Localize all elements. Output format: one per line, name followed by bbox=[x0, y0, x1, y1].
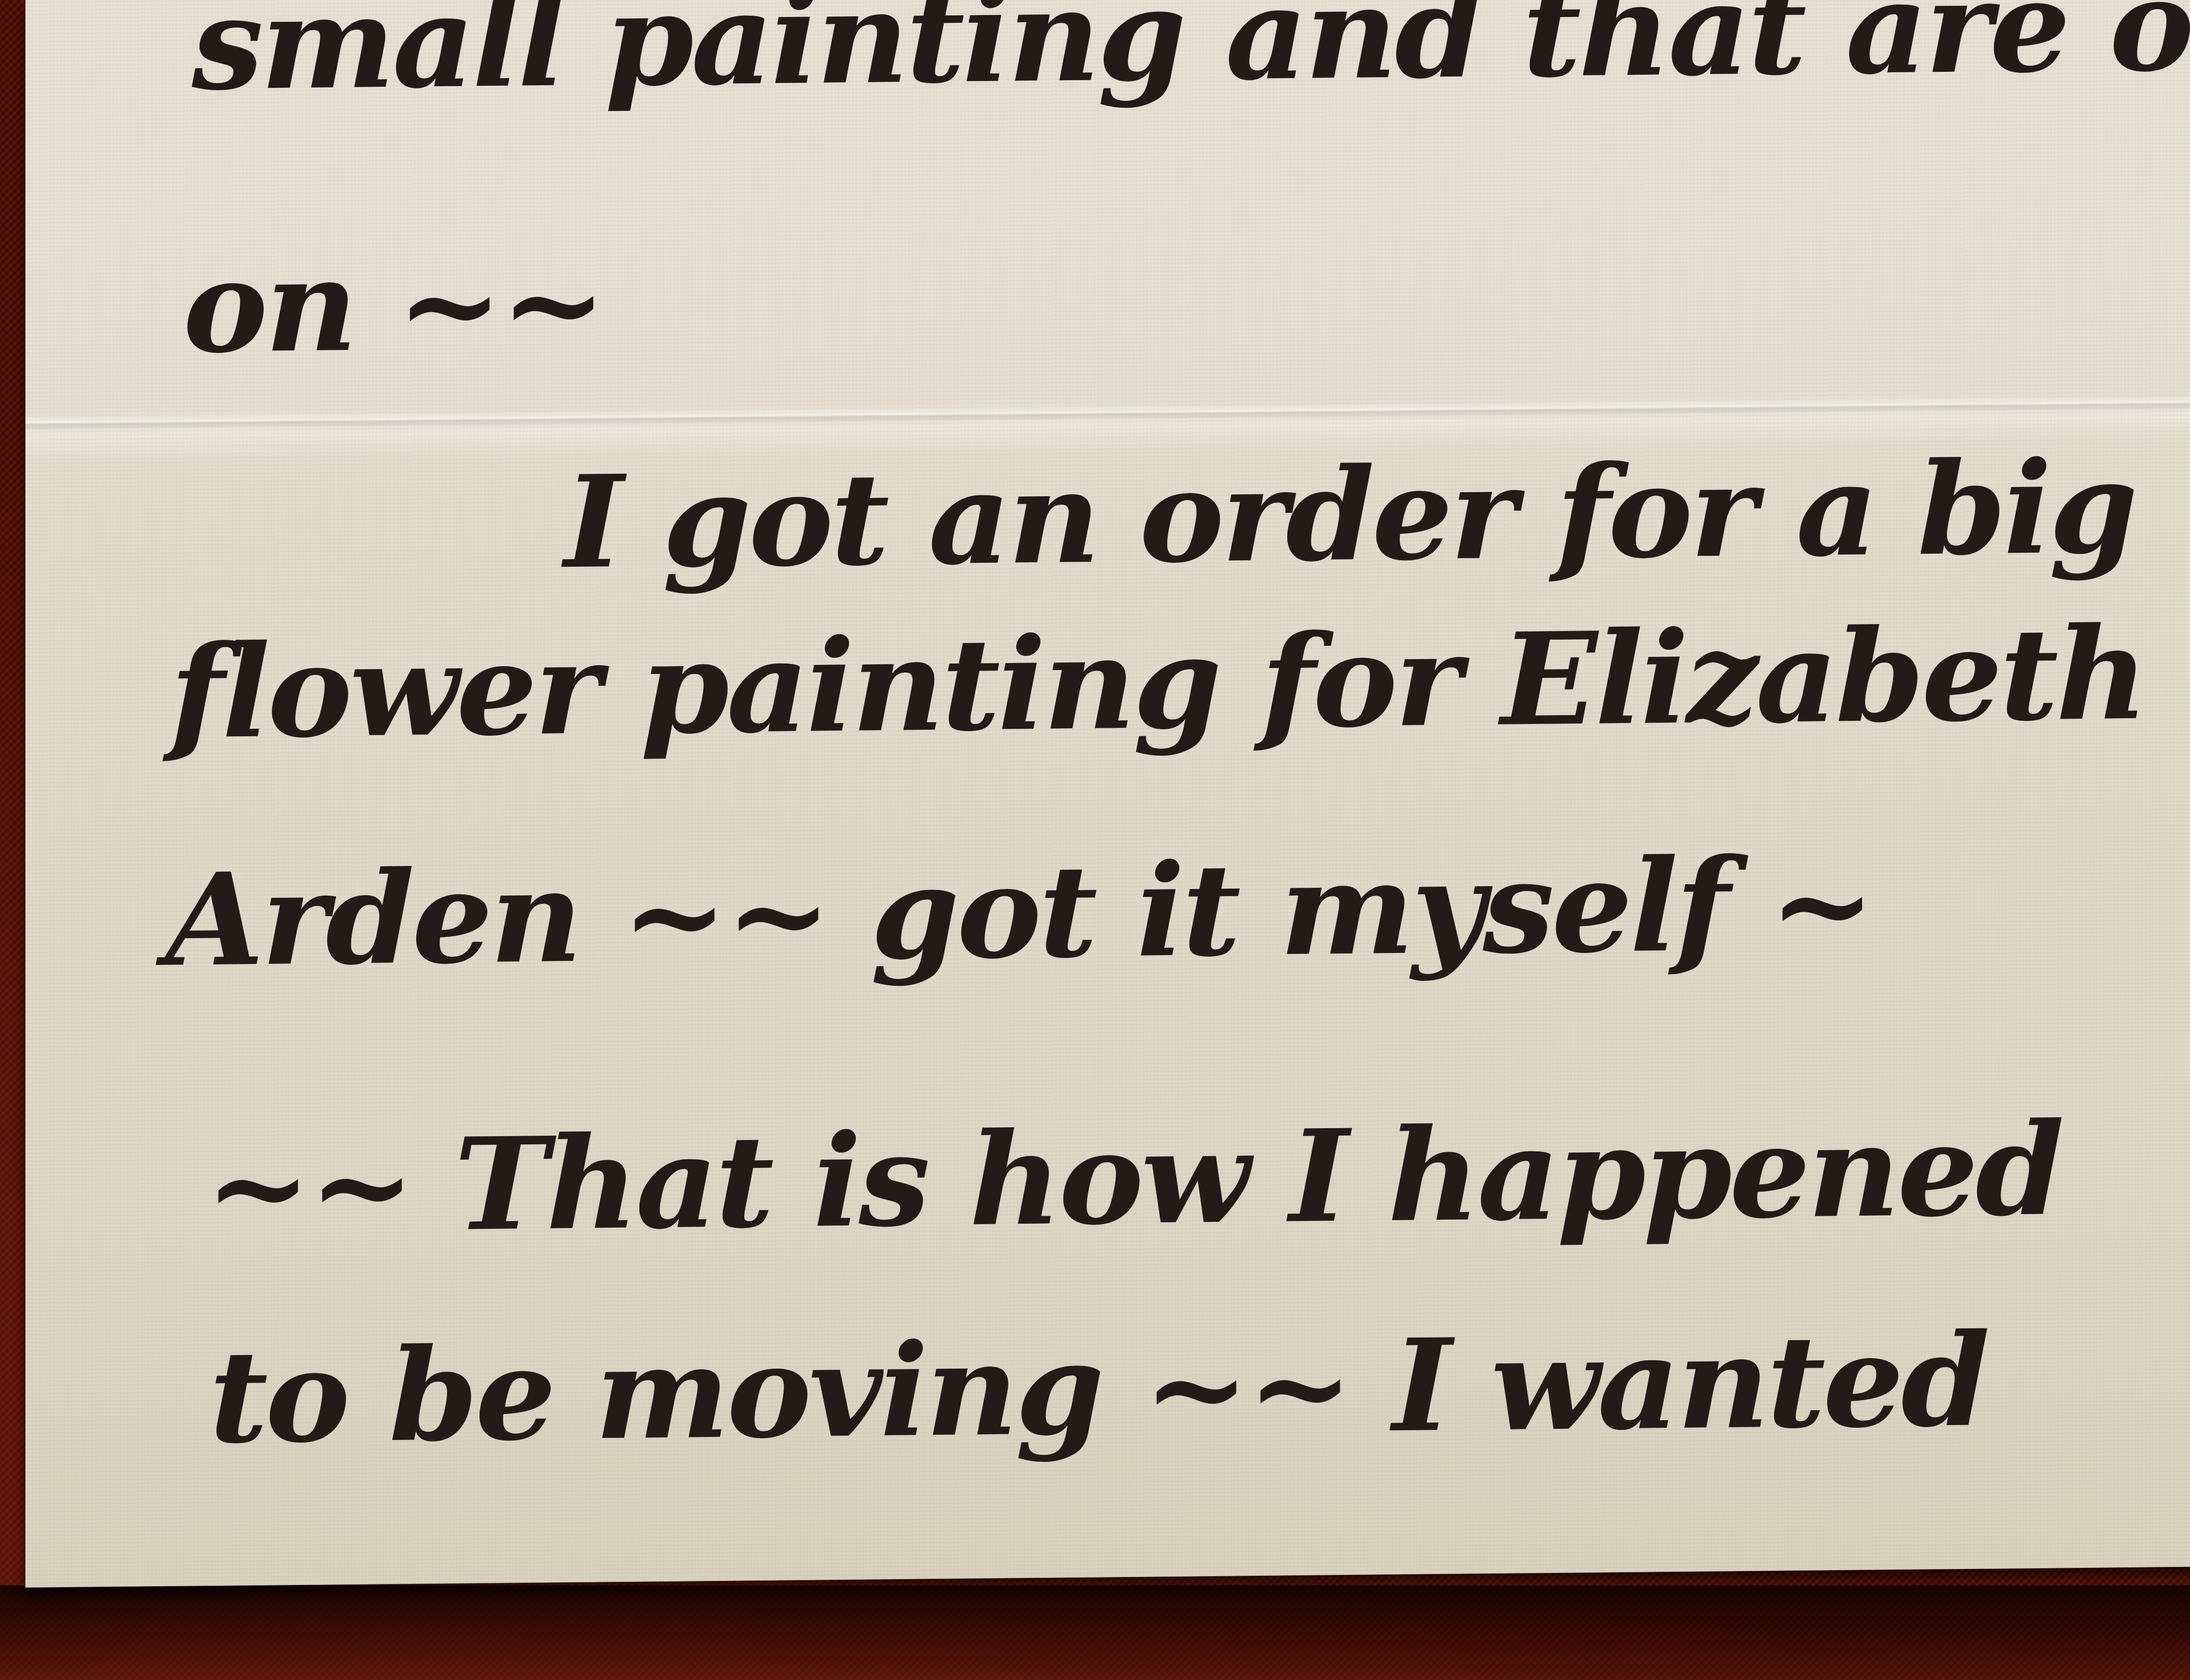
paper-fold-crease bbox=[25, 395, 2190, 431]
letter-line-1: small painting and that are old bbox=[192, 0, 2190, 108]
letter-line-3: I got an order for a big bbox=[564, 444, 2135, 586]
fabric-background bbox=[0, 1585, 2190, 1680]
letter-line-7: to be moving ~~ I wanted bbox=[209, 1317, 1987, 1461]
letter-line-6: ~~ That is how I happened bbox=[205, 1106, 2062, 1251]
letter-page: small painting and that are old on ~~ I … bbox=[25, 0, 2190, 1588]
letter-line-4: flower painting for Elizabeth bbox=[170, 611, 2146, 756]
letter-line-5: Arden ~~ got it myself ~ bbox=[166, 841, 1873, 984]
letter-line-2: on ~~ bbox=[183, 240, 604, 371]
